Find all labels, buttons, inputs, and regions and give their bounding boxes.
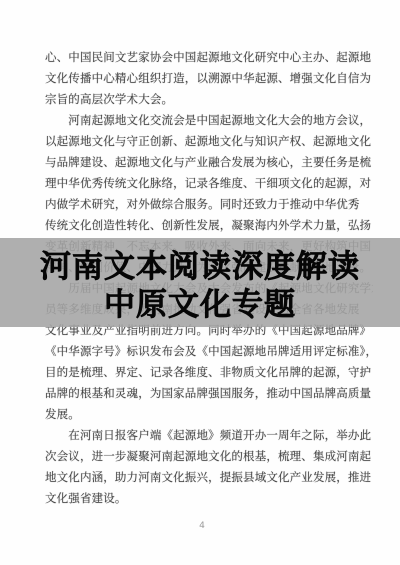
- text-line: 河南起源地文化交流会是中国起源地文化大会的地方会议，: [45, 110, 373, 131]
- text-line: 文化强省建设。: [45, 488, 373, 509]
- text-line: 内做学术研究，对外做综合服务。同时还致力于推动中华优秀: [45, 194, 373, 215]
- text-line: 文化传播中心精心组织打造，以溯源中华起源、增强文化自信为: [45, 68, 373, 89]
- text-line: 传统文化创造性转化、创新性发展，凝聚海内外学术力量，弘扬: [45, 215, 373, 236]
- text-line: 发展。: [45, 404, 373, 425]
- text-line: 地文化内涵，助力河南文化振兴，提振县域文化产业发展，推进: [45, 467, 373, 488]
- text-line: 次会议，进一步凝聚河南起源地文化的根基，梳理、集成河南起: [45, 446, 373, 467]
- text-line: 品牌的根基和灵魂，为国家品牌强国服务，推动中国品牌高质量: [45, 383, 373, 404]
- overlay-title-line1: 河南文本阅读深度解读: [40, 248, 360, 286]
- text-line: 《中华源字号》标识发布会及《中国起源地吊牌适用评定标准》，: [45, 341, 373, 362]
- text-line: 以起源地文化与守正创新、起源地文化与知识产权、起源地文化: [45, 131, 373, 152]
- document-page: 心、中国民间文艺家协会中国起源地文化研究中心主办、起源地文化传播中心精心组织打造…: [0, 0, 400, 565]
- text-line: 宗旨的高层次学术大会。: [45, 89, 373, 110]
- text-line: 在河南日报客户端《起源地》频道开办一周年之际，举办此: [45, 425, 373, 446]
- title-overlay-band: 河南文本阅读深度解读 中原文化专题: [0, 238, 400, 327]
- text-line: 与品牌建设、起源地文化与产业融合发展为核心，主要任务是梳: [45, 152, 373, 173]
- overlay-title-line2: 中原文化专题: [104, 286, 296, 324]
- text-line: 目的是梳理、界定、记录各维度、非物质文化吊牌的起源，守护: [45, 362, 373, 383]
- text-line: 心、中国民间文艺家协会中国起源地文化研究中心主办、起源地: [45, 47, 373, 68]
- text-line: 理中华优秀传统文化脉络，记录各维度、干细项文化的起源，对: [45, 173, 373, 194]
- page-number: 4: [196, 521, 208, 531]
